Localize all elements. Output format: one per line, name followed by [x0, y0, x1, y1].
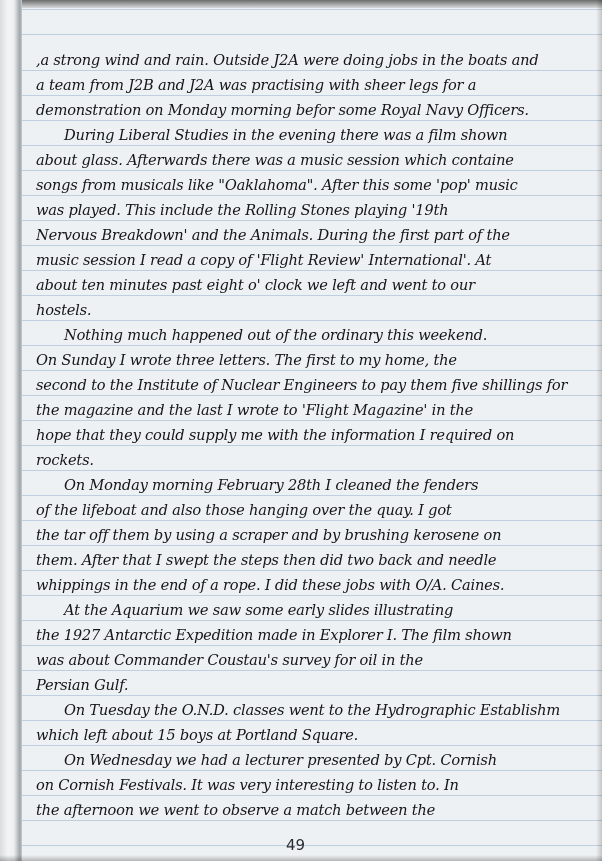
text-line: about ten minutes past eight o' clock we…: [36, 275, 602, 300]
page-bottom-edge: [0, 855, 602, 861]
text-line: them. After that I swept the steps then …: [36, 550, 602, 575]
text-line: was played. This include the Rolling Sto…: [36, 200, 602, 225]
text-line: Nothing much happened out of the ordinar…: [36, 325, 602, 350]
notebook-page: ,a strong wind and rain. Outside J2A wer…: [0, 0, 602, 861]
text-line: a team from J2B and J2A was practising w…: [36, 75, 602, 100]
text-line: whippings in the end of a rope. I did th…: [36, 575, 602, 600]
text-line: hope that they could supply me with the …: [36, 425, 602, 450]
text-line: which left about 15 boys at Portland Squ…: [36, 725, 602, 750]
text-line: on Cornish Festivals. It was very intere…: [36, 775, 602, 800]
text-line: hostels.: [36, 300, 602, 325]
page-top-edge: [0, 0, 602, 8]
text-line: the afternoon we went to observe a match…: [36, 800, 602, 825]
text-line: ,a strong wind and rain. Outside J2A wer…: [36, 50, 602, 75]
text-line: On Tuesday the O.N.D. classes went to th…: [36, 700, 602, 725]
text-line: was about Commander Coustau's survey for…: [36, 650, 602, 675]
text-line: songs from musicals like "Oaklahoma". Af…: [36, 175, 602, 200]
text-line: During Liberal Studies in the evening th…: [36, 125, 602, 150]
page-right-edge: [596, 0, 602, 861]
text-line: the magazine and the last I wrote to 'Fl…: [36, 400, 602, 425]
text-line: second to the Institute of Nuclear Engin…: [36, 375, 602, 400]
text-line: rockets.: [36, 450, 602, 475]
text-line: Persian Gulf.: [36, 675, 602, 700]
text-line: of the lifeboat and also those hanging o…: [36, 500, 602, 525]
text-line: On Sunday I wrote three letters. The fir…: [36, 350, 602, 375]
text-line: On Wednesday we had a lecturer presented…: [36, 750, 602, 775]
text-line: Nervous Breakdown' and the Animals. Duri…: [36, 225, 602, 250]
text-line: the tar off them by using a scraper and …: [36, 525, 602, 550]
text-line: At the Aquarium we saw some early slides…: [36, 600, 602, 625]
text-line: about glass. Afterwards there was a musi…: [36, 150, 602, 175]
text-line: demonstration on Monday morning befor so…: [36, 100, 602, 125]
text-line: music session I read a copy of 'Flight R…: [36, 250, 602, 275]
handwritten-text-body: ,a strong wind and rain. Outside J2A wer…: [36, 50, 602, 825]
text-line: On Monday morning February 28th I cleane…: [36, 475, 602, 500]
notebook-binding: [0, 0, 22, 861]
page-number: 49: [286, 836, 305, 854]
text-line: the 1927 Antarctic Expedition made in Ex…: [36, 625, 602, 650]
